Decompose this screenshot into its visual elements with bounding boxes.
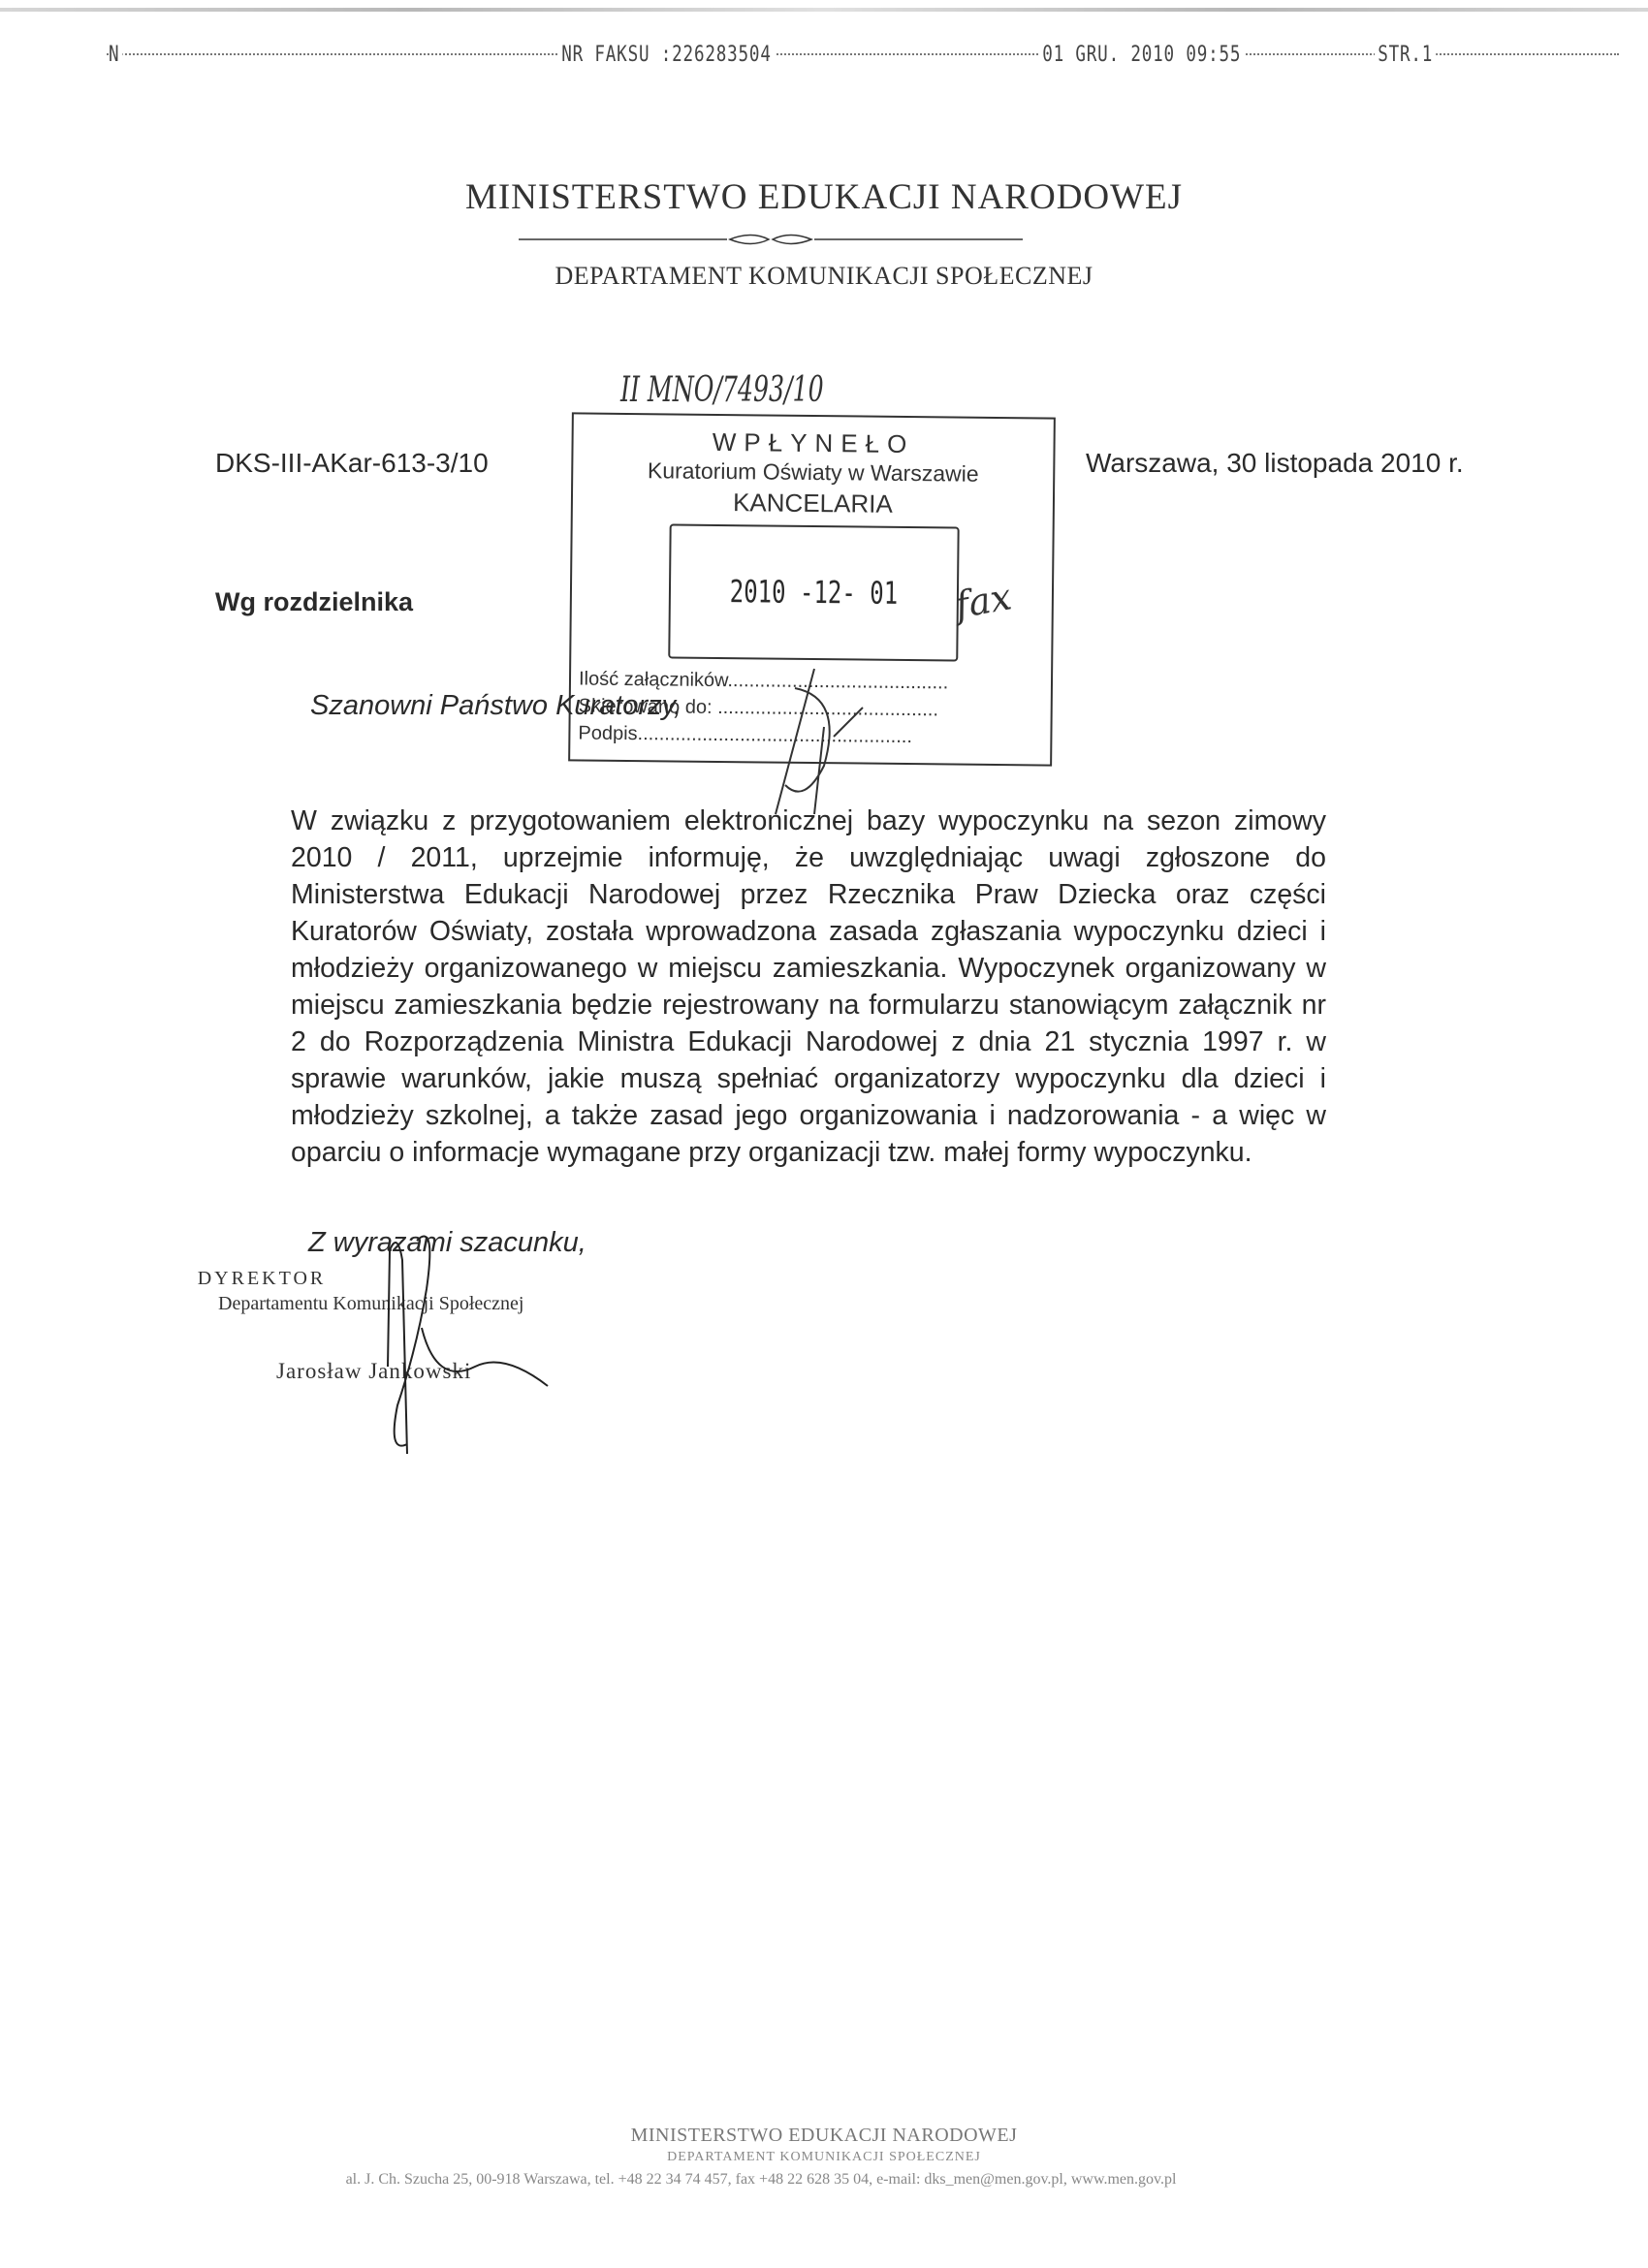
letterhead-ministry: MINISTERSTWO EDUKACJI NARODOWEJ [0,176,1648,218]
footer-department: DEPARTAMENT KOMUNIKACJI SPOŁECZNEJ [0,2150,1648,2165]
letterhead-department: DEPARTAMENT KOMUNIKACJI SPOŁECZNEJ [0,262,1648,291]
stamp-title: WPŁYNEŁO [573,425,1053,460]
recipient: Wg rozdzielnika [215,587,413,617]
stamp-initials-scribble [756,669,892,824]
stamp-date: 2010 -12- 01 [707,573,922,612]
letter-body: W związku z przygotowaniem elektroniczne… [291,803,1326,1171]
stamp-date-box: 2010 -12- 01 [668,523,959,661]
salutation: Szanowni Państwo Kuratorzy, [310,690,681,722]
footer-address: al. J. Ch. Szucha 25, 00-918 Warszawa, t… [194,2171,1328,2189]
handwritten-signature [359,1231,553,1454]
fax-page: STR.1 [1375,43,1436,67]
stamp-office: KANCELARIA [573,486,1053,520]
fax-number: NR FAKSU :226283504 [558,43,775,67]
ornament-divider [519,233,1023,242]
handwritten-registry-number: II MNO/7493/10 [620,370,824,410]
stamp-institution: Kuratorium Oświaty w Warszawie [573,457,1053,488]
body-paragraph: W związku z przygotowaniem elektroniczne… [291,803,1326,1171]
fax-left-mark: N [109,43,123,67]
reference-number: DKS-III-AKar-613-3/10 [215,448,489,479]
footer-ministry: MINISTERSTWO EDUKACJI NARODOWEJ [0,2125,1648,2147]
fax-timestamp: 01 GRU. 2010 09:55 [1039,43,1245,67]
scan-edge [0,8,1648,12]
place-and-date: Warszawa, 30 listopada 2010 r. [1086,448,1464,479]
